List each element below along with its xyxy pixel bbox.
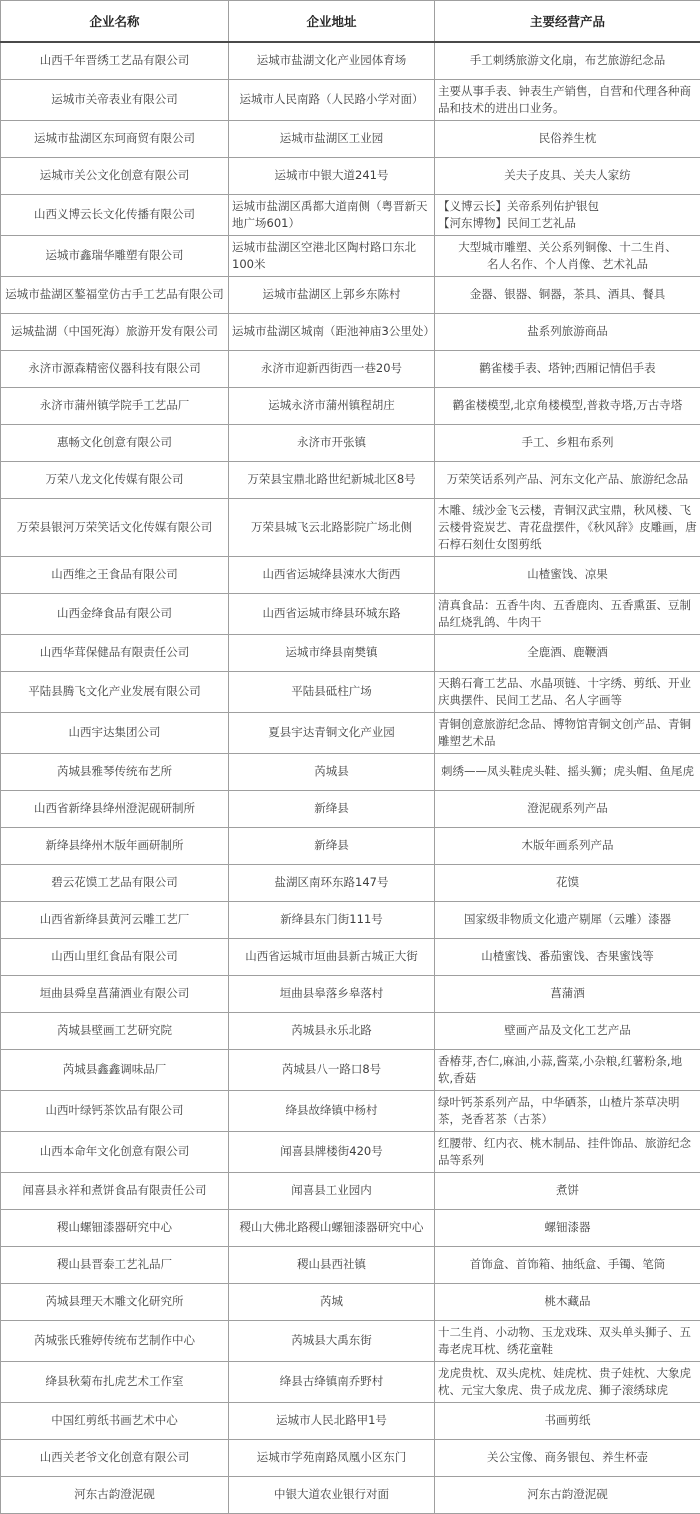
table-row: 山西山里红食品有限公司 山西省运城市垣曲县新古城正大街 山楂蜜饯、番茄蜜饯、杏果… <box>1 938 700 975</box>
company-address-cell: 万荣县宝鼎北路世纪新城北区8号 <box>229 461 435 498</box>
company-address-text: 运城市学苑南路凤凰小区东门 <box>257 1449 407 1466</box>
company-name-text: 山西省新绛县黄河云雕工艺厂 <box>40 911 190 928</box>
main-products-text: 山楂蜜饯、番茄蜜饯、杏果蜜饯等 <box>481 948 654 965</box>
company-address-text: 闻喜县牌楼街420号 <box>280 1143 382 1160</box>
company-name-cell: 山西省新绛县绛州澄泥砚研制所 <box>1 790 229 827</box>
main-products-cell: 壁画产品及文化工艺产品 <box>435 1012 700 1049</box>
company-name-text: 垣曲县舜皇菖蒲酒业有限公司 <box>40 985 190 1002</box>
company-name-cell: 永济市源森精密仪器科技有限公司 <box>1 350 229 387</box>
company-address-text: 运城永济市蒲州镇程胡庄 <box>268 397 395 414</box>
company-name-text: 运城市关帝表业有限公司 <box>51 91 178 108</box>
company-address-cell: 稷山县西社镇 <box>229 1246 435 1283</box>
main-products-text: 澄泥砚系列产品 <box>527 800 608 817</box>
main-products-cell: 香椿芽,杏仁,麻油,小蒜,酱菜,小杂粮,红薯粉条,地软,香菇 <box>435 1049 700 1090</box>
main-products-cell: 大型城市雕塑、关公系列铜像、十二生肖、 名人名作、个人肖像、艺术礼品 <box>435 235 700 276</box>
company-name-cell: 山西华茸保健品有限责任公司 <box>1 634 229 671</box>
company-name-cell: 万荣八龙文化传媒有限公司 <box>1 461 229 498</box>
table-row: 稷山县晋泰工艺礼品厂 稷山县西社镇 首饰盒、首饰箱、抽纸盒、手镯、笔筒 <box>1 1246 700 1283</box>
table-body: 山西千年晋绣工艺品有限公司 运城市盐湖文化产业园体育场 手工刺绣旅游文化扇，布艺… <box>1 42 700 1513</box>
company-address-text: 运城市中银大道241号 <box>275 167 389 184</box>
main-products-text: 煮饼 <box>556 1182 579 1199</box>
main-products-cell: 红腰带、红内衣、桃木制品、挂件饰品、旅游纪念品等系列 <box>435 1131 700 1172</box>
main-products-text: 木版年画系列产品 <box>522 837 614 854</box>
company-address-cell: 运城市学苑南路凤凰小区东门 <box>229 1439 435 1476</box>
company-name-text: 芮城县壁画工艺研究院 <box>57 1022 172 1039</box>
company-name-cell: 河东古韵澄泥砚 <box>1 1476 229 1513</box>
company-address-text: 运城市人民南路（人民路小学对面） <box>240 91 424 108</box>
main-products-cell: 桃木藏品 <box>435 1283 700 1320</box>
main-products-text: 壁画产品及文化工艺产品 <box>504 1022 631 1039</box>
company-name-cell: 绛县秋菊布扎虎艺术工作室 <box>1 1361 229 1402</box>
header-cell-company-name: 企业名称 <box>1 1 229 43</box>
company-name-cell: 芮城县理天木雕文化研究所 <box>1 1283 229 1320</box>
table-row: 山西叶绿钙茶饮品有限公司 绛县故绛镇中杨村 绿叶钙茶系列产品，中华硒茶，山楂片茶… <box>1 1090 700 1131</box>
company-address-cell: 闻喜县工业园内 <box>229 1172 435 1209</box>
company-name-text: 山西千年晋绣工艺品有限公司 <box>40 52 190 69</box>
main-products-text: 花馍 <box>556 874 579 891</box>
main-products-text: 鹳雀楼模型,北京角楼模型,普救寺塔,万古寺塔 <box>453 397 682 414</box>
main-products-text: 手工刺绣旅游文化扇，布艺旅游纪念品 <box>470 52 666 69</box>
main-products-cell: 龙虎贵枕、双头虎枕、娃虎枕、贵子娃枕、大象虎枕、元宝大象虎、贵子成龙虎、狮子滚绣… <box>435 1361 700 1402</box>
company-address-cell: 运城市盐湖文化产业园体育场 <box>229 42 435 79</box>
main-products-cell: 山楂蜜饯、凉果 <box>435 556 700 593</box>
company-name-text: 河东古韵澄泥砚 <box>74 1486 155 1503</box>
company-address-text: 中银大道农业银行对面 <box>274 1486 389 1503</box>
company-name-text: 新绛县绛州木版年画研制所 <box>46 837 184 854</box>
main-products-cell: 关公宝像、商务银包、养生杯壶 <box>435 1439 700 1476</box>
company-address-text: 新绛县东门街111号 <box>280 911 382 928</box>
company-name-cell: 山西维之王食品有限公司 <box>1 556 229 593</box>
company-address-text: 芮城县永乐北路 <box>291 1022 372 1039</box>
company-address-cell: 永济市开张镇 <box>229 424 435 461</box>
header-cell-company-address: 企业地址 <box>229 1 435 43</box>
company-address-text: 运城市盐湖区工业园 <box>280 130 384 147</box>
company-name-text: 闻喜县永祥和煮饼食品有限责任公司 <box>23 1182 207 1199</box>
table-row: 运城市鑫瑞华雕塑有限公司 运城市盐湖区空港北区陶村路口东北100米 大型城市雕塑… <box>1 235 700 276</box>
header-cell-main-products: 主要经营产品 <box>435 1 700 43</box>
company-name-text: 万荣八龙文化传媒有限公司 <box>46 471 184 488</box>
company-name-text: 山西叶绿钙茶饮品有限公司 <box>46 1102 184 1119</box>
table-row: 山西维之王食品有限公司 山西省运城绛县涑水大街西 山楂蜜饯、凉果 <box>1 556 700 593</box>
company-name-text: 山西金绛食品有限公司 <box>57 605 172 622</box>
main-products-cell: 清真食品：五香牛肉、五香鹿肉、五香熏蛋、豆制品红烧乳鸽、牛肉干 <box>435 593 700 634</box>
table-row: 运城市盐湖区东珂商贸有限公司 运城市盐湖区工业园 民俗养生枕 <box>1 120 700 157</box>
main-products-cell: 煮饼 <box>435 1172 700 1209</box>
table-row: 山西宇达集团公司 夏县宇达青铜文化产业园 青铜创意旅游纪念品、博物馆青铜文创产品… <box>1 712 700 753</box>
company-name-cell: 运城市关公文化创意有限公司 <box>1 157 229 194</box>
company-name-text: 山西维之王食品有限公司 <box>51 566 178 583</box>
main-products-text: 国家级非物质文化遗产剔犀（云雕）漆器 <box>464 911 671 928</box>
table-header: 企业名称 企业地址 主要经营产品 <box>1 1 700 43</box>
main-products-text: 山楂蜜饯、凉果 <box>527 566 608 583</box>
main-products-cell: 十二生肖、小动物、玉龙戏珠、双头单头狮子、五毒老虎耳枕、绣花童鞋 <box>435 1320 700 1361</box>
company-name-text: 惠畅文化创意有限公司 <box>57 434 172 451</box>
company-name-cell: 山西宇达集团公司 <box>1 712 229 753</box>
main-products-text: 【义博云长】关帝系列佑护银包 【河东博物】民间工艺礼品 <box>438 198 697 232</box>
company-name-text: 运城市盐湖区鏊福堂仿古手工艺品有限公司 <box>5 286 224 303</box>
table-row: 闻喜县永祥和煮饼食品有限责任公司 闻喜县工业园内 煮饼 <box>1 1172 700 1209</box>
company-address-text: 运城市人民北路甲1号 <box>276 1412 387 1429</box>
company-name-text: 万荣县银河万荣笑话文化传媒有限公司 <box>17 519 213 536</box>
company-address-text: 芮城县 <box>314 763 349 780</box>
main-products-text: 主要从事手表、钟表生产销售，自营和代理各种商品和技术的进出口业务。 <box>438 83 697 117</box>
main-products-text: 大型城市雕塑、关公系列铜像、十二生肖、 名人名作、个人肖像、艺术礼品 <box>458 239 677 273</box>
company-address-text: 山西省运城市垣曲县新古城正大街 <box>245 948 418 965</box>
company-name-cell: 山西山里红食品有限公司 <box>1 938 229 975</box>
company-address-text: 山西省运城绛县涑水大街西 <box>263 566 401 583</box>
main-products-text: 十二生肖、小动物、玉龙戏珠、双头单头狮子、五毒老虎耳枕、绣花童鞋 <box>438 1324 697 1358</box>
company-name-text: 芮城张氏雅婷传统布艺制作中心 <box>34 1332 195 1349</box>
main-products-cell: 刺绣——凤头鞋虎头鞋、摇头狮；虎头帽、鱼尾虎 <box>435 753 700 790</box>
table-row: 运城盐湖（中国死海）旅游开发有限公司 运城市盐湖区城南（距池神庙3公里处） 盐系… <box>1 313 700 350</box>
company-address-text: 垣曲县皋落乡皋落村 <box>280 985 384 1002</box>
table-row: 稷山螺钿漆器研究中心 稷山大佛北路稷山螺钿漆器研究中心 螺钿漆器 <box>1 1209 700 1246</box>
table-row: 运城市关公文化创意有限公司 运城市中银大道241号 关夫子皮具、关夫人家纺 <box>1 157 700 194</box>
main-products-cell: 木版年画系列产品 <box>435 827 700 864</box>
company-address-text: 新绛县 <box>314 800 349 817</box>
company-address-cell: 万荣县城飞云北路影院广场北侧 <box>229 498 435 556</box>
company-name-cell: 芮城县鑫鑫调味品厂 <box>1 1049 229 1090</box>
company-name-cell: 芮城县雅琴传统布艺所 <box>1 753 229 790</box>
company-address-text: 闻喜县工业园内 <box>291 1182 372 1199</box>
company-address-cell: 垣曲县皋落乡皋落村 <box>229 975 435 1012</box>
company-address-text: 稷山县西社镇 <box>297 1256 366 1273</box>
company-address-cell: 平陆县砥柱广场 <box>229 671 435 712</box>
table-row: 山西本命年文化创意有限公司 闻喜县牌楼街420号 红腰带、红内衣、桃木制品、挂件… <box>1 1131 700 1172</box>
table-row: 运城市盐湖区鏊福堂仿古手工艺品有限公司 运城市盐湖区上郭乡东陈村 金器、银器、铜… <box>1 276 700 313</box>
main-products-cell: 青铜创意旅游纪念品、博物馆青铜文创产品、青铜雕塑艺术品 <box>435 712 700 753</box>
company-name-cell: 运城市关帝表业有限公司 <box>1 79 229 120</box>
company-name-cell: 芮城张氏雅婷传统布艺制作中心 <box>1 1320 229 1361</box>
company-name-cell: 稷山螺钿漆器研究中心 <box>1 1209 229 1246</box>
company-name-cell: 运城市盐湖区鏊福堂仿古手工艺品有限公司 <box>1 276 229 313</box>
company-address-text: 永济市开张镇 <box>297 434 366 451</box>
company-address-text: 万荣县城飞云北路影院广场北侧 <box>251 519 412 536</box>
table-row: 芮城县雅琴传统布艺所 芮城县 刺绣——凤头鞋虎头鞋、摇头狮；虎头帽、鱼尾虎 <box>1 753 700 790</box>
table-row: 芮城张氏雅婷传统布艺制作中心 芮城县大禹东街 十二生肖、小动物、玉龙戏珠、双头单… <box>1 1320 700 1361</box>
company-address-cell: 新绛县东门街111号 <box>229 901 435 938</box>
company-name-cell: 山西千年晋绣工艺品有限公司 <box>1 42 229 79</box>
company-name-cell: 永济市蒲州镇学院手工艺品厂 <box>1 387 229 424</box>
company-address-text: 运城市盐湖文化产业园体育场 <box>257 52 407 69</box>
company-name-text: 运城市盐湖区东珂商贸有限公司 <box>34 130 195 147</box>
main-products-text: 桃木藏品 <box>545 1293 591 1310</box>
main-products-text: 书画剪纸 <box>545 1412 591 1429</box>
company-address-cell: 永济市迎新西街西一巷20号 <box>229 350 435 387</box>
company-address-cell: 运城市盐湖区禹都大道南侧（粤晋新天地广场601） <box>229 194 435 235</box>
company-address-text: 运城市盐湖区上郭乡东陈村 <box>263 286 401 303</box>
company-name-cell: 山西义博云长文化传播有限公司 <box>1 194 229 235</box>
company-address-cell: 山西省运城市绛县环城东路 <box>229 593 435 634</box>
company-name-text: 绛县秋菊布扎虎艺术工作室 <box>46 1373 184 1390</box>
main-products-text: 红腰带、红内衣、桃木制品、挂件饰品、旅游纪念品等系列 <box>438 1135 697 1169</box>
main-products-cell: 主要从事手表、钟表生产销售，自营和代理各种商品和技术的进出口业务。 <box>435 79 700 120</box>
company-name-text: 山西本命年文化创意有限公司 <box>40 1143 190 1160</box>
main-products-text: 清真食品：五香牛肉、五香鹿肉、五香熏蛋、豆制品红烧乳鸽、牛肉干 <box>438 597 697 631</box>
table-row: 河东古韵澄泥砚 中银大道农业银行对面 河东古韵澄泥砚 <box>1 1476 700 1513</box>
company-address-cell: 运城市绛县南樊镇 <box>229 634 435 671</box>
company-address-cell: 运城市盐湖区空港北区陶村路口东北100米 <box>229 235 435 276</box>
main-products-cell: 关夫子皮具、关夫人家纺 <box>435 157 700 194</box>
company-address-cell: 夏县宇达青铜文化产业园 <box>229 712 435 753</box>
company-name-text: 芮城县雅琴传统布艺所 <box>57 763 172 780</box>
company-name-text: 山西省新绛县绛州澄泥砚研制所 <box>34 800 195 817</box>
main-products-text: 刺绣——凤头鞋虎头鞋、摇头狮；虎头帽、鱼尾虎 <box>441 763 694 780</box>
main-products-text: 万荣笑话系列产品、河东文化产品、旅游纪念品 <box>447 471 689 488</box>
main-products-cell: 全鹿酒、鹿鞭酒 <box>435 634 700 671</box>
main-products-cell: 河东古韵澄泥砚 <box>435 1476 700 1513</box>
company-address-cell: 闻喜县牌楼街420号 <box>229 1131 435 1172</box>
table-row: 平陆县腾飞文化产业发展有限公司 平陆县砥柱广场 天鹅石膏工艺品、水晶项链、十字绣… <box>1 671 700 712</box>
table-row: 山西关老爷文化创意有限公司 运城市学苑南路凤凰小区东门 关公宝像、商务银包、养生… <box>1 1439 700 1476</box>
company-name-cell: 山西省新绛县黄河云雕工艺厂 <box>1 901 229 938</box>
company-address-text: 稷山大佛北路稷山螺钿漆器研究中心 <box>240 1219 424 1236</box>
company-name-text: 山西华茸保健品有限责任公司 <box>40 644 190 661</box>
main-products-cell: 金器、银器、铜器，茶具、酒具、餐具 <box>435 276 700 313</box>
company-address-cell: 绛县古绛镇南乔野村 <box>229 1361 435 1402</box>
table-row: 永济市源森精密仪器科技有限公司 永济市迎新西街西一巷20号 鹳雀楼手表、塔钟;西… <box>1 350 700 387</box>
company-address-cell: 运城市中银大道241号 <box>229 157 435 194</box>
company-name-cell: 碧云花馍工艺品有限公司 <box>1 864 229 901</box>
main-products-text: 全鹿酒、鹿鞭酒 <box>527 644 608 661</box>
company-address-cell: 运城永济市蒲州镇程胡庄 <box>229 387 435 424</box>
company-address-cell: 运城市人民南路（人民路小学对面） <box>229 79 435 120</box>
main-products-text: 民俗养生枕 <box>539 130 597 147</box>
company-address-text: 万荣县宝鼎北路世纪新城北区8号 <box>247 471 415 488</box>
company-address-cell: 运城市人民北路甲1号 <box>229 1402 435 1439</box>
company-name-cell: 平陆县腾飞文化产业发展有限公司 <box>1 671 229 712</box>
main-products-cell: 鹳雀楼模型,北京角楼模型,普救寺塔,万古寺塔 <box>435 387 700 424</box>
company-name-text: 运城盐湖（中国死海）旅游开发有限公司 <box>11 323 218 340</box>
company-name-text: 永济市蒲州镇学院手工艺品厂 <box>40 397 190 414</box>
company-name-text: 运城市关公文化创意有限公司 <box>40 167 190 184</box>
company-address-text: 永济市迎新西街西一巷20号 <box>261 360 402 377</box>
company-address-cell: 绛县故绛镇中杨村 <box>229 1090 435 1131</box>
main-products-cell: 木雕、绒沙金飞云楼，青铜汉武宝鼎，秋风楼、飞云楼骨瓷炭艺、青花盘摆件，《秋风辞》… <box>435 498 700 556</box>
company-address-cell: 芮城县永乐北路 <box>229 1012 435 1049</box>
company-address-cell: 芮城县八一路口8号 <box>229 1049 435 1090</box>
company-name-text: 芮城县鑫鑫调味品厂 <box>63 1061 167 1078</box>
page: 企业名称 企业地址 主要经营产品 山西千年晋绣工艺品有限公司 运城市盐湖文化产业… <box>0 0 700 1514</box>
main-products-cell: 【义博云长】关帝系列佑护银包 【河东博物】民间工艺礼品 <box>435 194 700 235</box>
company-name-text: 芮城县理天木雕文化研究所 <box>46 1293 184 1310</box>
company-name-cell: 芮城县壁画工艺研究院 <box>1 1012 229 1049</box>
main-products-cell: 绿叶钙茶系列产品，中华硒茶，山楂片茶草决明茶，尧香茗茶（古茶） <box>435 1090 700 1131</box>
company-address-text: 夏县宇达青铜文化产业园 <box>268 724 395 741</box>
company-address-text: 绛县古绛镇南乔野村 <box>280 1373 384 1390</box>
main-products-cell: 书画剪纸 <box>435 1402 700 1439</box>
table-row: 山西金绛食品有限公司 山西省运城市绛县环城东路 清真食品：五香牛肉、五香鹿肉、五… <box>1 593 700 634</box>
main-products-cell: 花馍 <box>435 864 700 901</box>
main-products-cell: 手工刺绣旅游文化扇，布艺旅游纪念品 <box>435 42 700 79</box>
company-address-cell: 稷山大佛北路稷山螺钿漆器研究中心 <box>229 1209 435 1246</box>
main-products-cell: 盐系列旅游商品 <box>435 313 700 350</box>
table-row: 芮城县鑫鑫调味品厂 芮城县八一路口8号 香椿芽,杏仁,麻油,小蒜,酱菜,小杂粮,… <box>1 1049 700 1090</box>
company-name-cell: 闻喜县永祥和煮饼食品有限责任公司 <box>1 1172 229 1209</box>
company-name-cell: 稷山县晋泰工艺礼品厂 <box>1 1246 229 1283</box>
main-products-cell: 首饰盒、首饰箱、抽纸盒、手镯、笔筒 <box>435 1246 700 1283</box>
company-address-cell: 芮城县大禹东街 <box>229 1320 435 1361</box>
table-row: 碧云花馍工艺品有限公司 盐湖区南环东路147号 花馍 <box>1 864 700 901</box>
company-address-cell: 山西省运城绛县涑水大街西 <box>229 556 435 593</box>
table-row: 永济市蒲州镇学院手工艺品厂 运城永济市蒲州镇程胡庄 鹳雀楼模型,北京角楼模型,普… <box>1 387 700 424</box>
table-row: 芮城县理天木雕文化研究所 芮城 桃木藏品 <box>1 1283 700 1320</box>
company-address-text: 绛县故绛镇中杨村 <box>286 1102 378 1119</box>
company-name-text: 山西义博云长文化传播有限公司 <box>34 206 195 223</box>
company-name-text: 稷山县晋泰工艺礼品厂 <box>57 1256 172 1273</box>
company-name-cell: 运城市鑫瑞华雕塑有限公司 <box>1 235 229 276</box>
header-row: 企业名称 企业地址 主要经营产品 <box>1 1 700 43</box>
company-name-text: 山西宇达集团公司 <box>69 724 161 741</box>
company-name-text: 山西关老爷文化创意有限公司 <box>40 1449 190 1466</box>
company-address-text: 运城市盐湖区空港北区陶村路口东北100米 <box>232 239 431 273</box>
table-row: 垣曲县舜皇菖蒲酒业有限公司 垣曲县皋落乡皋落村 菖蒲酒 <box>1 975 700 1012</box>
company-name-cell: 山西关老爷文化创意有限公司 <box>1 1439 229 1476</box>
company-table: 企业名称 企业地址 主要经营产品 山西千年晋绣工艺品有限公司 运城市盐湖文化产业… <box>0 0 700 1514</box>
main-products-cell: 手工、乡粗布系列 <box>435 424 700 461</box>
company-name-text: 碧云花馍工艺品有限公司 <box>51 874 178 891</box>
company-name-text: 中国红剪纸书画艺术中心 <box>51 1412 178 1429</box>
company-address-text: 运城市盐湖区禹都大道南侧（粤晋新天地广场601） <box>232 198 431 232</box>
table-row: 山西义博云长文化传播有限公司 运城市盐湖区禹都大道南侧（粤晋新天地广场601） … <box>1 194 700 235</box>
company-address-text: 芮城县八一路口8号 <box>282 1061 381 1078</box>
main-products-text: 鹳雀楼手表、塔钟;西厢记情侣手表 <box>479 360 655 377</box>
table-row: 山西省新绛县绛州澄泥砚研制所 新绛县 澄泥砚系列产品 <box>1 790 700 827</box>
main-products-text: 木雕、绒沙金飞云楼，青铜汉武宝鼎，秋风楼、飞云楼骨瓷炭艺、青花盘摆件，《秋风辞》… <box>438 502 697 553</box>
main-products-text: 盐系列旅游商品 <box>527 323 608 340</box>
table-row: 惠畅文化创意有限公司 永济市开张镇 手工、乡粗布系列 <box>1 424 700 461</box>
table-row: 万荣八龙文化传媒有限公司 万荣县宝鼎北路世纪新城北区8号 万荣笑话系列产品、河东… <box>1 461 700 498</box>
company-address-text: 芮城县大禹东街 <box>291 1332 372 1349</box>
table-row: 山西华茸保健品有限责任公司 运城市绛县南樊镇 全鹿酒、鹿鞭酒 <box>1 634 700 671</box>
company-name-cell: 山西本命年文化创意有限公司 <box>1 1131 229 1172</box>
company-name-text: 永济市源森精密仪器科技有限公司 <box>28 360 201 377</box>
company-address-text: 山西省运城市绛县环城东路 <box>263 605 401 622</box>
company-name-cell: 运城市盐湖区东珂商贸有限公司 <box>1 120 229 157</box>
company-address-cell: 新绛县 <box>229 790 435 827</box>
main-products-text: 螺钿漆器 <box>545 1219 591 1236</box>
company-address-cell: 运城市盐湖区工业园 <box>229 120 435 157</box>
main-products-text: 香椿芽,杏仁,麻油,小蒜,酱菜,小杂粮,红薯粉条,地软,香菇 <box>438 1053 697 1087</box>
table-row: 运城市关帝表业有限公司 运城市人民南路（人民路小学对面） 主要从事手表、钟表生产… <box>1 79 700 120</box>
company-address-text: 盐湖区南环东路147号 <box>275 874 389 891</box>
table-row: 新绛县绛州木版年画研制所 新绛县 木版年画系列产品 <box>1 827 700 864</box>
main-products-cell: 国家级非物质文化遗产剔犀（云雕）漆器 <box>435 901 700 938</box>
main-products-text: 手工、乡粗布系列 <box>522 434 614 451</box>
company-address-cell: 中银大道农业银行对面 <box>229 1476 435 1513</box>
company-name-cell: 山西金绛食品有限公司 <box>1 593 229 634</box>
table-row: 中国红剪纸书画艺术中心 运城市人民北路甲1号 书画剪纸 <box>1 1402 700 1439</box>
company-address-cell: 新绛县 <box>229 827 435 864</box>
company-name-cell: 中国红剪纸书画艺术中心 <box>1 1402 229 1439</box>
main-products-cell: 民俗养生枕 <box>435 120 700 157</box>
company-name-text: 平陆县腾飞文化产业发展有限公司 <box>28 683 201 700</box>
company-address-text: 运城市绛县南樊镇 <box>286 644 378 661</box>
main-products-text: 天鹅石膏工艺品、水晶项链、十字绣、剪纸、开业庆典摆件、民间工艺品、名人字画等 <box>438 675 697 709</box>
company-address-text: 芮城 <box>320 1293 343 1310</box>
main-products-cell: 菖蒲酒 <box>435 975 700 1012</box>
main-products-text: 首饰盒、首饰箱、抽纸盒、手镯、笔筒 <box>470 1256 666 1273</box>
company-name-text: 运城市鑫瑞华雕塑有限公司 <box>46 247 184 264</box>
main-products-cell: 山楂蜜饯、番茄蜜饯、杏果蜜饯等 <box>435 938 700 975</box>
company-name-cell: 山西叶绿钙茶饮品有限公司 <box>1 1090 229 1131</box>
company-address-text: 新绛县 <box>314 837 349 854</box>
main-products-cell: 澄泥砚系列产品 <box>435 790 700 827</box>
company-address-text: 运城市盐湖区城南（距池神庙3公里处） <box>232 323 431 340</box>
main-products-cell: 万荣笑话系列产品、河东文化产品、旅游纪念品 <box>435 461 700 498</box>
company-address-cell: 山西省运城市垣曲县新古城正大街 <box>229 938 435 975</box>
company-name-cell: 惠畅文化创意有限公司 <box>1 424 229 461</box>
company-name-text: 稷山螺钿漆器研究中心 <box>57 1219 172 1236</box>
main-products-cell: 鹳雀楼手表、塔钟;西厢记情侣手表 <box>435 350 700 387</box>
company-address-cell: 运城市盐湖区城南（距池神庙3公里处） <box>229 313 435 350</box>
company-address-text: 平陆县砥柱广场 <box>291 683 372 700</box>
company-name-cell: 新绛县绛州木版年画研制所 <box>1 827 229 864</box>
table-row: 山西千年晋绣工艺品有限公司 运城市盐湖文化产业园体育场 手工刺绣旅游文化扇，布艺… <box>1 42 700 79</box>
table-row: 绛县秋菊布扎虎艺术工作室 绛县古绛镇南乔野村 龙虎贵枕、双头虎枕、娃虎枕、贵子娃… <box>1 1361 700 1402</box>
company-address-cell: 芮城 <box>229 1283 435 1320</box>
company-name-cell: 运城盐湖（中国死海）旅游开发有限公司 <box>1 313 229 350</box>
main-products-text: 龙虎贵枕、双头虎枕、娃虎枕、贵子娃枕、大象虎枕、元宝大象虎、贵子成龙虎、狮子滚绣… <box>438 1365 697 1399</box>
main-products-text: 金器、银器、铜器，茶具、酒具、餐具 <box>470 286 666 303</box>
main-products-text: 青铜创意旅游纪念品、博物馆青铜文创产品、青铜雕塑艺术品 <box>438 716 697 750</box>
table-row: 山西省新绛县黄河云雕工艺厂 新绛县东门街111号 国家级非物质文化遗产剔犀（云雕… <box>1 901 700 938</box>
company-name-cell: 万荣县银河万荣笑话文化传媒有限公司 <box>1 498 229 556</box>
main-products-cell: 螺钿漆器 <box>435 1209 700 1246</box>
main-products-cell: 天鹅石膏工艺品、水晶项链、十字绣、剪纸、开业庆典摆件、民间工艺品、名人字画等 <box>435 671 700 712</box>
table-row: 芮城县壁画工艺研究院 芮城县永乐北路 壁画产品及文化工艺产品 <box>1 1012 700 1049</box>
main-products-text: 河东古韵澄泥砚 <box>527 1486 608 1503</box>
table-row: 万荣县银河万荣笑话文化传媒有限公司 万荣县城飞云北路影院广场北侧 木雕、绒沙金飞… <box>1 498 700 556</box>
main-products-text: 绿叶钙茶系列产品，中华硒茶，山楂片茶草决明茶，尧香茗茶（古茶） <box>438 1094 697 1128</box>
main-products-text: 关公宝像、商务银包、养生杯壶 <box>487 1449 648 1466</box>
company-address-cell: 运城市盐湖区上郭乡东陈村 <box>229 276 435 313</box>
company-address-cell: 盐湖区南环东路147号 <box>229 864 435 901</box>
company-name-text: 山西山里红食品有限公司 <box>51 948 178 965</box>
main-products-text: 菖蒲酒 <box>550 985 585 1002</box>
company-name-cell: 垣曲县舜皇菖蒲酒业有限公司 <box>1 975 229 1012</box>
company-address-cell: 芮城县 <box>229 753 435 790</box>
main-products-text: 关夫子皮具、关夫人家纺 <box>504 167 631 184</box>
